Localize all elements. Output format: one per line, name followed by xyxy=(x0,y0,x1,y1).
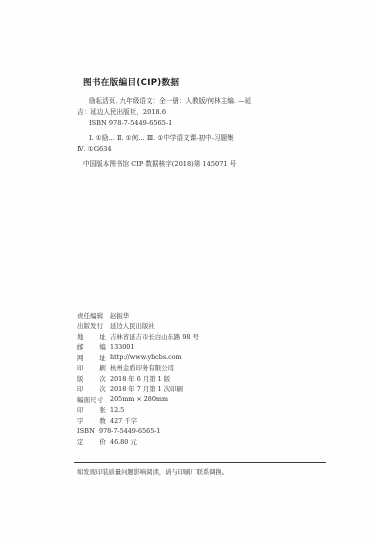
label-text: ISBN xyxy=(77,427,95,435)
colophon-table: 责任编辑 赵振华 出版发行 延边人民出版社 地址 吉林省延吉市长白山东路 98 … xyxy=(77,310,297,447)
label-text: 网 xyxy=(77,353,84,362)
colophon-row-sheets: 印张 12.5 xyxy=(77,405,297,416)
label-text: 价 xyxy=(99,437,106,446)
row-value: 吉林省延吉市长白山东路 98 号 xyxy=(110,332,199,341)
label-text: 址 xyxy=(99,353,106,362)
row-value: 205mm × 280mm xyxy=(110,395,168,403)
label-text: 定 xyxy=(77,437,84,446)
row-label: 邮编 xyxy=(77,342,106,351)
row-label: 版次 xyxy=(77,374,106,383)
row-value: http://www.ybcbs.com xyxy=(110,353,182,361)
row-value: 2018 年 7 月第 1 次印刷 xyxy=(110,384,183,393)
label-text: 邮 xyxy=(77,342,84,351)
label-text: 责任编辑 xyxy=(77,311,103,320)
row-value: 978-7-5449-6565-1 xyxy=(99,427,161,435)
row-label: 出版发行 xyxy=(77,321,106,330)
row-label: 地址 xyxy=(77,332,106,341)
colophon-row-word-count: 字数 427 千字 xyxy=(77,415,297,426)
label-text: 印 xyxy=(77,363,84,372)
cip-isbn-line: ISBN 978-7-5449-6565-1 xyxy=(89,119,172,127)
cip-publisher-line: 吉：延边人民出版社，2018.6 xyxy=(77,108,166,116)
colophon-row-price: 定价 46.80 元 xyxy=(77,436,297,447)
row-value: 赵振华 xyxy=(110,311,129,320)
label-text: 址 xyxy=(99,332,106,341)
colophon-row-website: 网址 http://www.ybcbs.com xyxy=(77,352,297,363)
label-text: 字 xyxy=(77,416,84,425)
colophon-row-editor: 责任编辑 赵振华 xyxy=(77,310,297,321)
horizontal-divider xyxy=(74,462,326,463)
copyright-page: 图书在版编目(CIP)数据 励耘活页. 九年级语文：全一册：人教版/何林主编. … xyxy=(0,0,375,540)
colophon-row-address: 地址 吉林省延吉市长白山东路 98 号 xyxy=(77,331,297,342)
row-label: ISBN xyxy=(77,427,95,435)
quality-notice: 如发现印装质量问题影响阅读，请与印刷厂联系调换。 xyxy=(77,467,228,476)
label-text: 印 xyxy=(77,405,84,414)
label-text: 张 xyxy=(99,405,106,414)
row-label: 印刷 xyxy=(77,363,106,372)
row-value: 杭州金盾印务有限公司 xyxy=(110,363,174,372)
row-label: 定价 xyxy=(77,437,106,446)
colophon-row-printing: 印次 2018 年 7 月第 1 次印刷 xyxy=(77,384,297,395)
label-text: 印 xyxy=(77,384,84,393)
row-value: 427 千字 xyxy=(110,416,137,425)
cip-classification-line: Ⅳ. ①G634 xyxy=(77,145,112,153)
colophon-row-printer: 印刷 杭州金盾印务有限公司 xyxy=(77,363,297,374)
label-text: 刷 xyxy=(99,363,106,372)
colophon-row-isbn: ISBN 978-7-5449-6565-1 xyxy=(77,426,297,437)
label-text: 出版发行 xyxy=(77,321,103,330)
cip-subject-line: Ⅰ. ①励… Ⅱ. ①何… Ⅲ. ①中学语文课-初中-习题集 xyxy=(89,134,234,142)
label-text: 次 xyxy=(99,384,106,393)
label-text: 次 xyxy=(99,374,106,383)
colophon-row-postcode: 邮编 133001 xyxy=(77,342,297,353)
label-text: 编 xyxy=(99,342,106,351)
label-text: 版 xyxy=(77,374,84,383)
label-text: 幅面尺寸 xyxy=(77,395,103,404)
row-label: 幅面尺寸 xyxy=(77,395,106,404)
colophon-row-edition: 版次 2018 年 6 月第 1 版 xyxy=(77,373,297,384)
row-label: 印次 xyxy=(77,384,106,393)
cip-record-number: 中国版本图书馆 CIP 数据核字(2018)第 145071 号 xyxy=(83,160,236,168)
cip-bibliographic-line: 励耘活页. 九年级语文：全一册：人教版/何林主编. —延 xyxy=(89,97,251,105)
row-label: 字数 xyxy=(77,416,106,425)
row-label: 责任编辑 xyxy=(77,311,106,320)
cip-title: 图书在版编目(CIP)数据 xyxy=(83,76,179,88)
label-text: 数 xyxy=(99,416,106,425)
row-label: 网址 xyxy=(77,353,106,362)
row-label: 印张 xyxy=(77,405,106,414)
colophon-row-publisher: 出版发行 延边人民出版社 xyxy=(77,321,297,332)
colophon-row-format: 幅面尺寸 205mm × 280mm xyxy=(77,394,297,405)
row-value: 133001 xyxy=(110,343,134,351)
label-text: 地 xyxy=(77,332,84,341)
row-value: 2018 年 6 月第 1 版 xyxy=(110,374,170,383)
row-value: 延边人民出版社 xyxy=(110,321,155,330)
row-value: 46.80 元 xyxy=(110,437,137,446)
row-value: 12.5 xyxy=(110,406,124,414)
